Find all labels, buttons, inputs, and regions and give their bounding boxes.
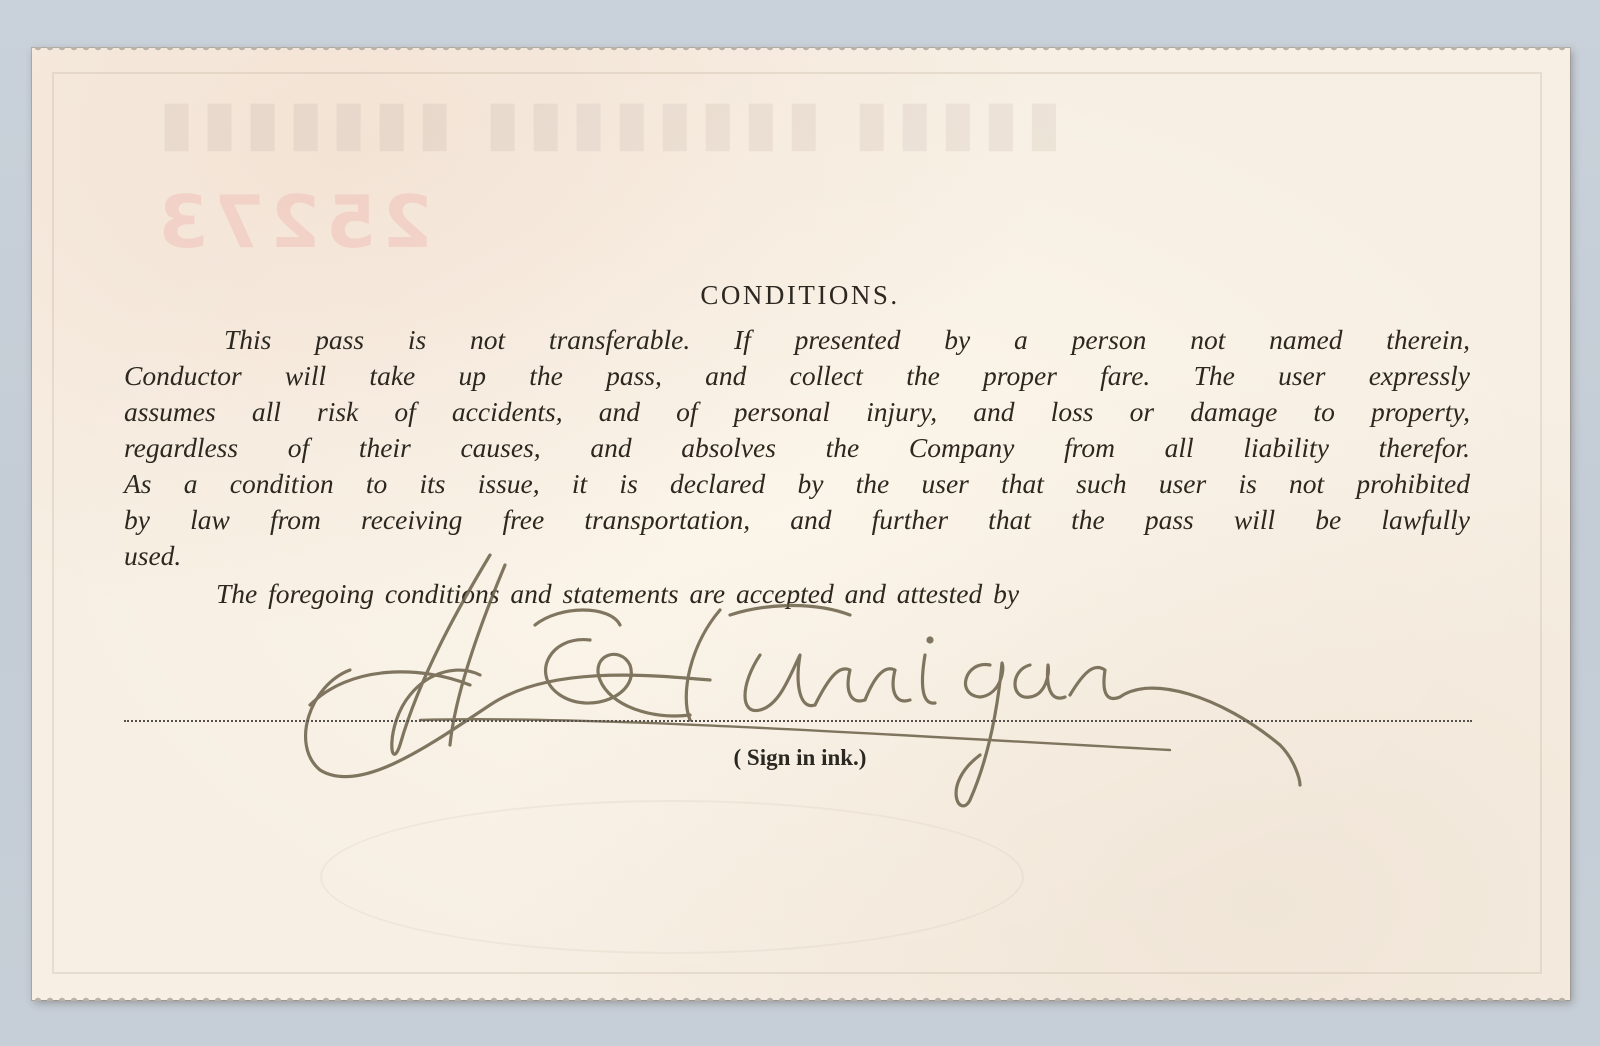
conditions-line: As a condition to its issue, it is decla… (124, 466, 1470, 502)
signature-dotted-line (124, 720, 1472, 722)
conditions-line: regardless of their causes, and absolves… (124, 430, 1470, 466)
conditions-line: Conductor will take up the pass, and col… (124, 358, 1470, 394)
conditions-heading: CONDITIONS. (0, 280, 1600, 311)
conditions-line: assumes all risk of accidents, and of pe… (124, 394, 1470, 430)
conditions-line: by law from receiving free transportatio… (124, 502, 1470, 538)
perforated-top-edge (32, 47, 1570, 55)
sign-in-ink-caption: ( Sign in ink.) (0, 745, 1600, 771)
handwritten-signature (290, 545, 1320, 825)
show-through-serial-number: 25273 (152, 180, 433, 264)
conditions-paragraph: This pass is not transferable. If presen… (124, 322, 1470, 574)
show-through-header-text: ▮▮▮▮▮ ▮▮▮▮▮▮▮▮ ▮▮▮▮▮▮▮ (150, 88, 1060, 158)
conditions-line: This pass is not transferable. If presen… (124, 322, 1470, 358)
perforated-bottom-edge (32, 993, 1570, 1001)
